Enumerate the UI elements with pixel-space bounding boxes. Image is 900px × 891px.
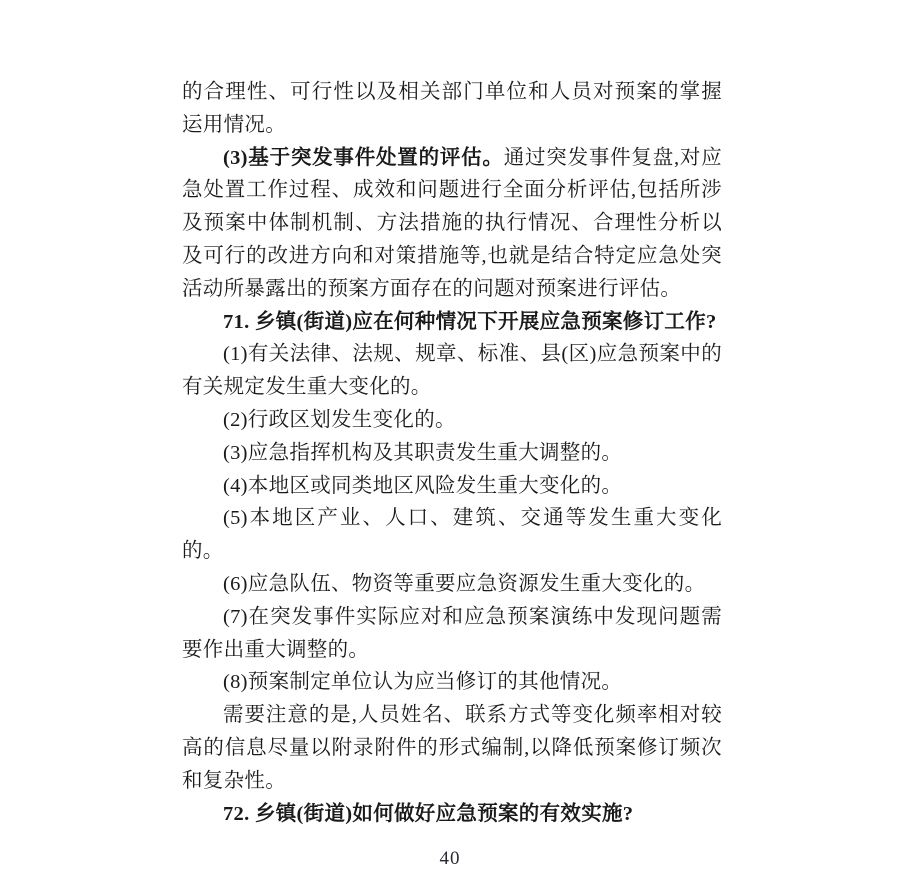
page-number: 40 — [440, 848, 461, 869]
list-item-text: (2)行政区划发生变化的。 — [223, 409, 456, 431]
list-item-text: (4)本地区或同类地区风险发生重大变化的。 — [223, 475, 622, 497]
list-item-1: (1)有关法律、法规、规章、标准、县(区)应急预案中的有关规定发生重大变化的。 — [182, 338, 722, 404]
list-item-6: (6)应急队伍、物资等重要应急资源发生重大变化的。 — [182, 568, 722, 601]
heading-text: 72. 乡镇(街道)如何做好应急预案的有效实施? — [223, 803, 633, 825]
list-item-text: (7)在突发事件实际应对和应急预案演练中发现问题需要作出重大调整的。 — [182, 606, 722, 661]
paragraph-text: 的合理性、可行性以及相关部门单位和人员对预案的掌握运用情况。 — [182, 81, 722, 136]
list-item-2: (2)行政区划发生变化的。 — [182, 404, 722, 437]
heading-text: 71. 乡镇(街道)应在何种情况下开展应急预案修订工作? — [223, 311, 717, 333]
paragraph-continuation: 的合理性、可行性以及相关部门单位和人员对预案的掌握运用情况。 — [182, 76, 722, 142]
list-item-text: (6)应急队伍、物资等重要应急资源发生重大变化的。 — [223, 573, 705, 595]
document-page: 的合理性、可行性以及相关部门单位和人员对预案的掌握运用情况。 (3)基于突发事件… — [0, 0, 900, 891]
list-item-5: (5)本地区产业、人口、建筑、交通等发生重大变化的。 — [182, 502, 722, 568]
list-item-text: (3)应急指挥机构及其职责发生重大调整的。 — [223, 442, 622, 464]
list-item-text: (1)有关法律、法规、规章、标准、县(区)应急预案中的有关规定发生重大变化的。 — [182, 343, 722, 398]
page-footer: 40 — [0, 848, 900, 870]
list-item-text: (8)预案制定单位认为应当修订的其他情况。 — [223, 671, 622, 693]
list-item-text: (5)本地区产业、人口、建筑、交通等发生重大变化的。 — [182, 507, 722, 562]
question-heading-72: 72. 乡镇(街道)如何做好应急预案的有效实施? — [182, 798, 722, 831]
text-content: 的合理性、可行性以及相关部门单位和人员对预案的掌握运用情况。 (3)基于突发事件… — [182, 76, 722, 830]
question-heading-71: 71. 乡镇(街道)应在何种情况下开展应急预案修订工作? — [182, 306, 722, 339]
paragraph-bold-lead: (3)基于突发事件处置的评估。 — [223, 147, 504, 169]
paragraph-text: 需要注意的是,人员姓名、联系方式等变化频率相对较高的信息尽量以附录附件的形式编制… — [182, 704, 722, 792]
list-item-4: (4)本地区或同类地区风险发生重大变化的。 — [182, 470, 722, 503]
paragraph-note: 需要注意的是,人员姓名、联系方式等变化频率相对较高的信息尽量以附录附件的形式编制… — [182, 699, 722, 797]
list-item-3: (3)应急指挥机构及其职责发生重大调整的。 — [182, 437, 722, 470]
paragraph-text: 通过突发事件复盘,对应急处置工作过程、成效和问题进行全面分析评估,包括所涉及预案… — [182, 147, 722, 300]
list-item-8: (8)预案制定单位认为应当修订的其他情况。 — [182, 666, 722, 699]
list-item-7: (7)在突发事件实际应对和应急预案演练中发现问题需要作出重大调整的。 — [182, 601, 722, 667]
paragraph-evaluation: (3)基于突发事件处置的评估。通过突发事件复盘,对应急处置工作过程、成效和问题进… — [182, 142, 722, 306]
